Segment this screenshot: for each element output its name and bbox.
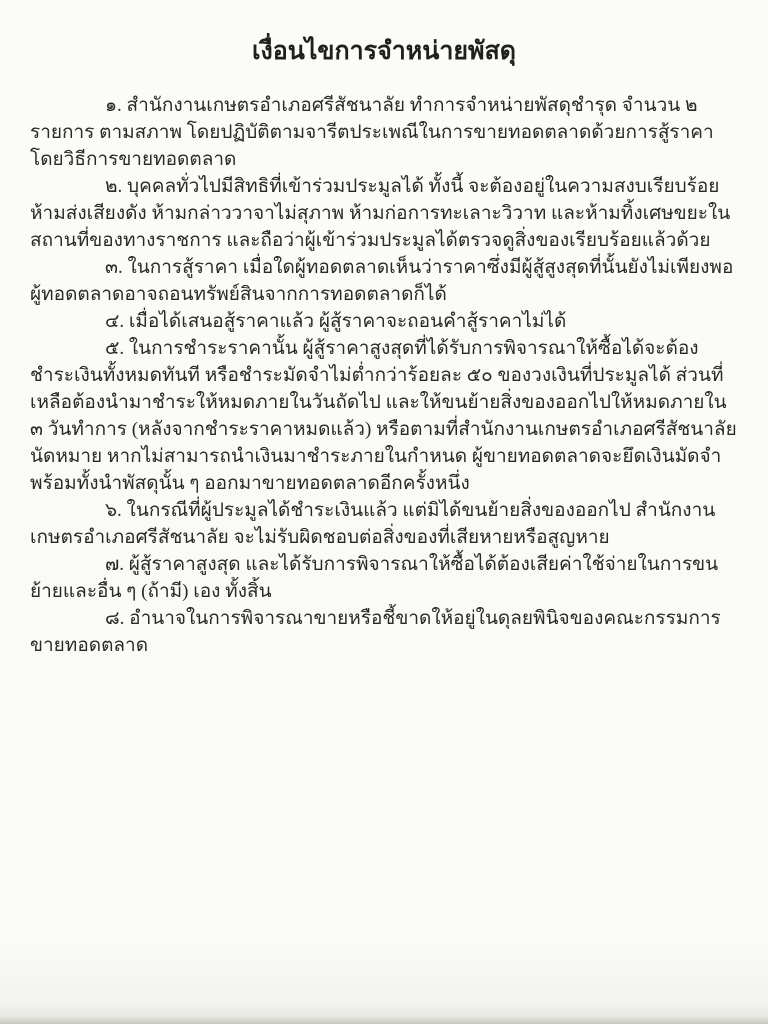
clause-5: ๕. ในการชำระราคานั้น ผู้สู้ราคาสูงสุดที่… xyxy=(30,335,742,497)
clause-list: ๑. สำนักงานเกษตรอำเภอศรีสัชนาลัย ทำการจำ… xyxy=(0,92,768,659)
clause-7: ๗. ผู้สู้ราคาสูงสุด และได้รับการพิจารณาใ… xyxy=(30,551,742,605)
clause-6: ๖. ในกรณีที่ผู้ประมูลได้ชำระเงินแล้ว แต่… xyxy=(30,497,742,551)
clause-3: ๓. ในการสู้ราคา เมื่อใดผู้ทอดตลาดเห็นว่า… xyxy=(30,254,742,308)
scanned-document-page: เงื่อนไขการจำหน่ายพัสดุ ๑. สำนักงานเกษตร… xyxy=(0,0,768,1024)
scan-edge-shadow xyxy=(0,1016,768,1024)
clause-4: ๔. เมื่อได้เสนอสู้ราคาแล้ว ผู้สู้ราคาจะถ… xyxy=(30,308,742,335)
clause-8: ๘. อำนาจในการพิจารณาขายหรือชี้ขาดให้อยู่… xyxy=(30,605,742,659)
clause-1: ๑. สำนักงานเกษตรอำเภอศรีสัชนาลัย ทำการจำ… xyxy=(30,92,742,173)
document-title: เงื่อนไขการจำหน่ายพัสดุ xyxy=(0,0,768,70)
clause-2: ๒. บุคคลทั่วไปมีสิทธิที่เข้าร่วมประมูลได… xyxy=(30,173,742,254)
